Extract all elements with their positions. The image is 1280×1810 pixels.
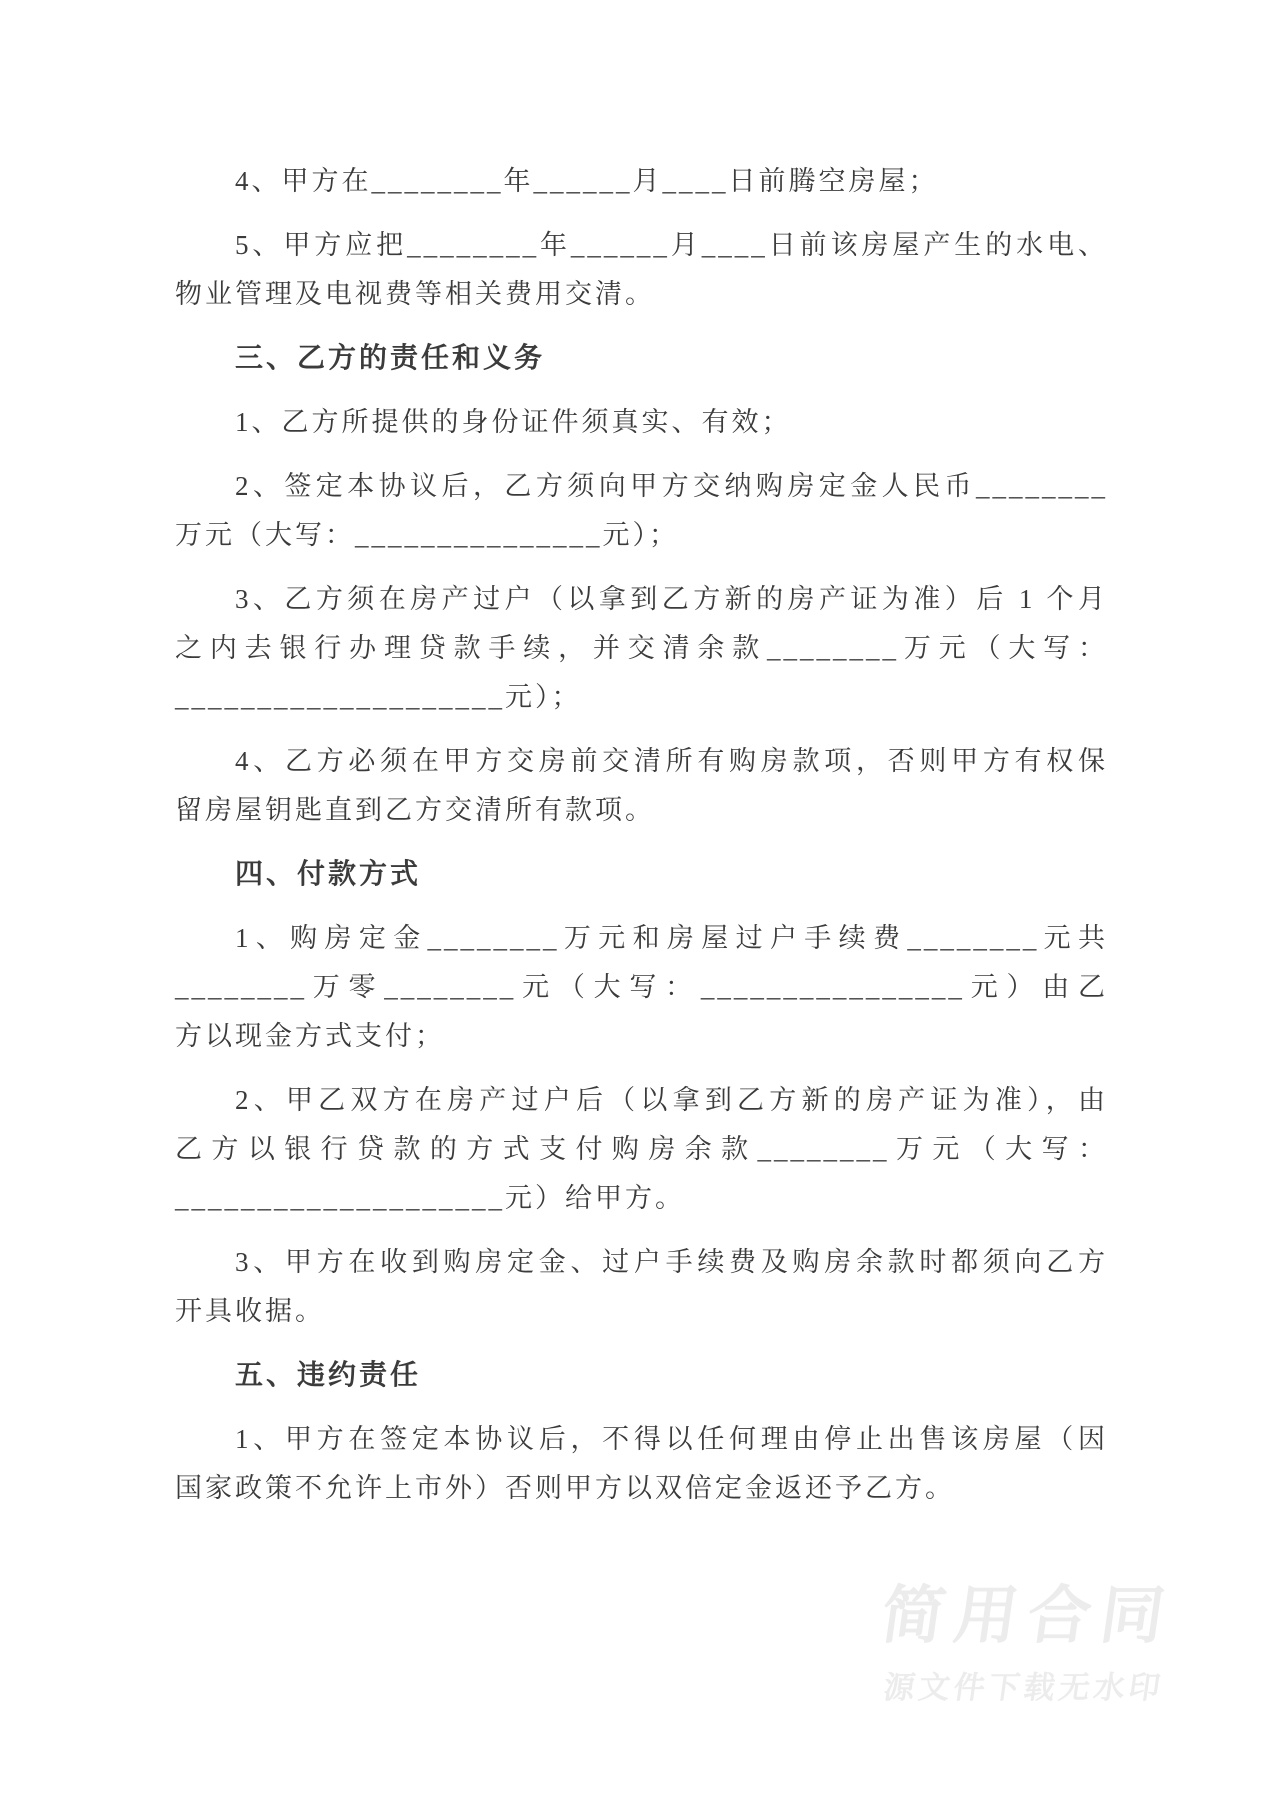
section-heading: 五、违约责任 [175,1351,1108,1400]
clause-4-3: 3、甲方在收到购房定金、过户手续费及购房余款时都须向乙方 开具收据。 [175,1238,1108,1336]
contract-line: 方以现金方式支付； [175,1012,1108,1061]
section-heading: 三、乙方的责任和义务 [175,334,1108,383]
clause-3-3: 3、乙方须在房产过户（以拿到乙方新的房产证为准）后 1 个月 之内去银行办理贷款… [175,575,1108,722]
contract-line: 2、签定本协议后，乙方须向甲方交纳购房定金人民币________ [175,462,1108,511]
contract-line: 国家政策不允许上市外）否则甲方以双倍定金返还予乙方。 [175,1464,1108,1513]
contract-line: 4、甲方在________年______月____日前腾空房屋； [175,157,1108,206]
watermark-subtitle: 源文件下载无水印 [869,1671,1166,1704]
clause-3-1: 1、乙方所提供的身份证件须真实、有效； [175,398,1108,447]
section-heading: 四、付款方式 [175,850,1108,899]
clause-2-4: 4、甲方在________年______月____日前腾空房屋； [175,157,1108,206]
contract-line: 留房屋钥匙直到乙方交清所有款项。 [175,786,1108,835]
contract-line: 物业管理及电视费等相关费用交清。 [175,270,1108,319]
contract-line: ____________________元）； [175,673,1108,722]
contract-line: 开具收据。 [175,1287,1108,1336]
contract-line: 1、购房定金________万元和房屋过户手续费________元共 [175,914,1108,963]
contract-line: 5、甲方应把________年______月____日前该房屋产生的水电、 [175,221,1108,270]
contract-line: 2、甲乙双方在房产过户后（以拿到乙方新的房产证为准），由 [175,1076,1108,1125]
contract-line: ________万零________元（大写：________________元… [175,963,1108,1012]
section-5: 五、违约责任 [175,1351,1108,1400]
contract-line: ____________________元）给甲方。 [175,1174,1108,1223]
section-4: 四、付款方式 [175,850,1108,899]
contract-line: 乙方以银行贷款的方式支付购房余款________万元（大写： [175,1125,1108,1174]
contract-line: 4、乙方必须在甲方交房前交清所有购房款项，否则甲方有权保 [175,737,1108,786]
contract-line: 3、甲方在收到购房定金、过户手续费及购房余款时都须向乙方 [175,1238,1108,1287]
contract-line: 万元（大写：_______________元）； [175,511,1108,560]
clause-3-4: 4、乙方必须在甲方交房前交清所有购房款项，否则甲方有权保 留房屋钥匙直到乙方交清… [175,737,1108,835]
contract-line: 1、乙方所提供的身份证件须真实、有效； [175,398,1108,447]
contract-line: 3、乙方须在房产过户（以拿到乙方新的房产证为准）后 1 个月 [175,575,1108,624]
contract-line: 之内去银行办理贷款手续，并交清余款________万元（大写： [175,624,1108,673]
site-watermark: 简用合同 源文件下载无水印 [869,1583,1178,1704]
section-3: 三、乙方的责任和义务 [175,334,1108,383]
clause-5-1: 1、甲方在签定本协议后，不得以任何理由停止出售该房屋（因 国家政策不允许上市外）… [175,1415,1108,1513]
clause-4-1: 1、购房定金________万元和房屋过户手续费________元共 _____… [175,914,1108,1061]
contract-body: 4、甲方在________年______月____日前腾空房屋； 5、甲方应把_… [0,0,1280,1810]
contract-page: 4、甲方在________年______月____日前腾空房屋； 5、甲方应把_… [0,0,1280,1810]
clause-4-2: 2、甲乙双方在房产过户后（以拿到乙方新的房产证为准），由 乙方以银行贷款的方式支… [175,1076,1108,1223]
clause-2-5: 5、甲方应把________年______月____日前该房屋产生的水电、 物业… [175,221,1108,319]
clause-3-2: 2、签定本协议后，乙方须向甲方交纳购房定金人民币________ 万元（大写：_… [175,462,1108,560]
contract-line: 1、甲方在签定本协议后，不得以任何理由停止出售该房屋（因 [175,1415,1108,1464]
watermark-title: 简用合同 [877,1583,1178,1649]
